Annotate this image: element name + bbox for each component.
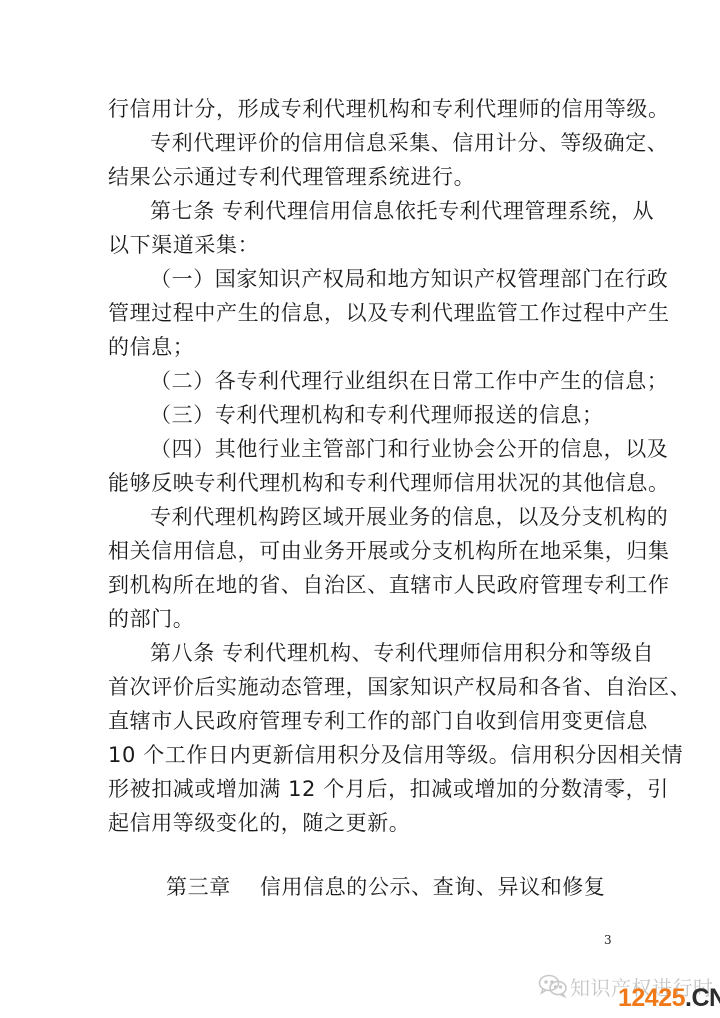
list-item-3: （三）专利代理机构和专利代理师报送的信息； [108, 398, 614, 432]
text-line: 起信用等级变化的，随之更新。 [108, 806, 614, 840]
list-item-4: （四）其他行业主管部门和行业协会公开的信息，以及 [108, 432, 614, 466]
page-number: 3 [604, 933, 612, 947]
text-line: 的信息； [108, 330, 614, 364]
text-line: 专利代理机构跨区域开展业务的信息，以及分支机构的 [108, 500, 614, 534]
text-line: 到机构所在地的省、自治区、直辖市人民政府管理专利工作 [108, 568, 614, 602]
text-line: 相关信用信息，可由业务开展或分支机构所在地采集，归集 [108, 534, 614, 568]
document-body: 行信用计分，形成专利代理机构和专利代理师的信用等级。 专利代理评价的信用信息采集… [108, 92, 614, 840]
text-line: 结果公示通过专利代理管理系统进行。 [108, 160, 614, 194]
wechat-icon [538, 974, 568, 998]
text-line: 直辖市人民政府管理专利工作的部门自收到信用变更信息 [108, 704, 614, 738]
watermark-site-number: 12425 [618, 984, 685, 1012]
text-line: 形被扣减或增加满 12 个月后，扣减或增加的分数清零，引 [108, 772, 614, 806]
text-line: 行信用计分，形成专利代理机构和专利代理师的信用等级。 [108, 92, 614, 126]
text-line: 首次评价后实施动态管理，国家知识产权局和各省、自治区、 [108, 670, 614, 704]
article-7-heading-line: 第七条 专利代理信用信息依托专利代理管理系统，从 [108, 194, 614, 228]
chapter-heading: 第三章 信用信息的公示、查询、异议和修复 [166, 870, 606, 904]
list-item-1: （一）国家知识产权局和地方知识产权管理部门在行政 [108, 262, 614, 296]
text-line: 10 个工作日内更新信用积分及信用等级。信用积分因相关情 [108, 738, 614, 772]
watermark-site-logo: 12425.CN [618, 984, 720, 1013]
text-line: 专利代理评价的信用信息采集、信用计分、等级确定、 [108, 126, 614, 160]
text-line: 能够反映专利代理机构和专利代理师信用状况的其他信息。 [108, 466, 614, 500]
watermark-site-suffix: .CN [685, 984, 720, 1012]
text-line: 的部门。 [108, 602, 614, 636]
article-8-heading-line: 第八条 专利代理机构、专利代理师信用积分和等级自 [108, 636, 614, 670]
text-line: 以下渠道采集： [108, 228, 614, 262]
list-item-2: （二）各专利代理行业组织在日常工作中产生的信息； [108, 364, 614, 398]
watermark: 知识产权进行时 12425.CN [536, 968, 720, 1012]
text-line: 管理过程中产生的信息，以及专利代理监管工作过程中产生 [108, 296, 614, 330]
